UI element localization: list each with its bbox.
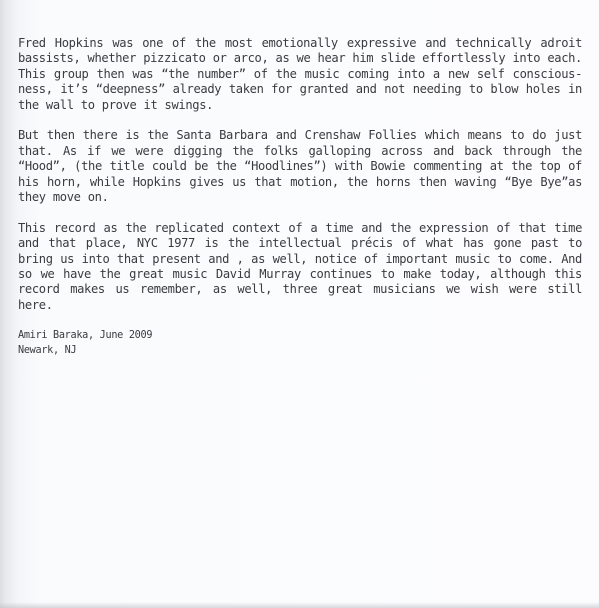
- paragraph-fred-hopkins: Fred Hopkins was one of the most emotion…: [18, 36, 582, 113]
- signature-location: Newark, NJ: [18, 343, 152, 358]
- paragraph-this-record: This record as the replicated context of…: [18, 221, 582, 313]
- signature-block: Amiri Baraka, June 2009 Newark, NJ: [18, 328, 152, 358]
- document-page: Fred Hopkins was one of the most emotion…: [0, 0, 599, 608]
- signature-author-date: Amiri Baraka, June 2009: [18, 328, 152, 343]
- paragraph-santa-barbara: But then there is the Santa Barbara and …: [18, 128, 582, 205]
- essay-body: Fred Hopkins was one of the most emotion…: [18, 36, 582, 329]
